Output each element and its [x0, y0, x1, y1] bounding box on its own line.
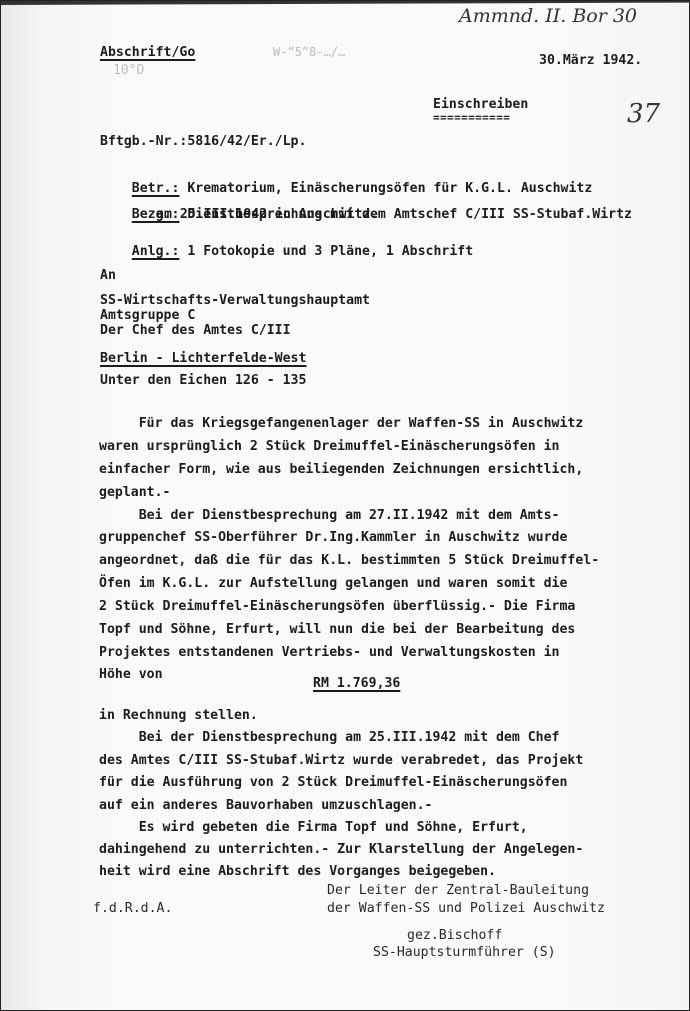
- document-page: Ammnd. II. Bor 30 37 Abschrift/Go W-“5”8…: [0, 0, 690, 1011]
- registered-mail-label: Einschreiben: [433, 97, 528, 112]
- body-p3-line-2: des Amtes C/III SS-Stubaf.Wirtz wurde ve…: [99, 749, 583, 772]
- body-p1-line-3: einfacher Form, wie aus beiliegenden Zei…: [99, 458, 583, 481]
- recipient-line-3: Der Chef des Amtes C/III: [100, 323, 291, 338]
- anlg-text: 1 Fotokopie und 3 Pläne, 1 Abschrift: [187, 244, 473, 259]
- anlg-label: Anlg.:: [132, 244, 180, 259]
- reference-number: Bftgb.-Nr.:5816/42/Er./Lp.: [100, 134, 306, 149]
- bezg-line-2: am 25.III.1942 in Auschwitz.: [156, 207, 378, 222]
- body-p2-line-4: Öfen im K.G.L. zur Aufstellung gelangen …: [99, 572, 567, 595]
- recipient-city: Berlin - Lichterfelde-West: [100, 351, 306, 366]
- signature-rank: SS-Hauptsturmführer (S): [373, 945, 556, 960]
- office-line-1: Der Leiter der Zentral-Bauleitung: [327, 883, 589, 898]
- handwritten-archive-reference: Ammnd. II. Bor 30: [459, 5, 637, 27]
- body-p3-line-1: Bei der Dienstbesprechung am 25.III.1942…: [99, 726, 560, 749]
- body-p2-line-1: Bei der Dienstbesprechung am 27.II.1942 …: [99, 504, 560, 527]
- recipient-to: An: [100, 268, 116, 283]
- signature-name: gez.Bischoff: [407, 928, 502, 943]
- registered-mail-underline: ===========: [433, 111, 510, 124]
- body-p2-line-7: Projektes entstandenen Vertriebs- und Ve…: [99, 641, 560, 664]
- invoice-amount: RM 1.769,36: [313, 676, 400, 691]
- recipient-line-2: Amtsgruppe C: [100, 308, 195, 323]
- body-p2-line-5: 2 Stück Dreimuffel-Einäscherungsöfen übe…: [99, 595, 575, 618]
- copy-label: Abschrift/Go: [100, 45, 195, 60]
- body-p1-line-1: Für das Kriegsgefangenenlager der Waffen…: [99, 412, 583, 435]
- body-p4-line-1: Es wird gebeten die Firma Topf und Söhne…: [99, 816, 528, 839]
- body-p1-line-4: geplant.-: [99, 481, 170, 504]
- office-line-2: der Waffen-SS und Polizei Auschwitz: [327, 901, 605, 916]
- faint-stamp: W-“5”8-…/…: [273, 45, 345, 59]
- body-p4-line-3: heit wird eine Abschrift des Vorganges b…: [99, 860, 496, 883]
- body-p1-line-2: waren ursprünglich 2 Stück Dreimuffel-Ei…: [99, 435, 560, 458]
- certification-mark: f.d.R.d.A.: [93, 901, 172, 916]
- body-p4-line-2: dahingehend zu unterrichten.- Zur Klarst…: [99, 838, 583, 861]
- body-p2-line-3: angeordnet, daß die für das K.L. bestimm…: [99, 549, 599, 572]
- after-amount-line: in Rechnung stellen.: [99, 704, 258, 727]
- handwritten-page-number: 37: [627, 99, 660, 129]
- subject-anlg: Anlg.: 1 Fotokopie und 3 Pläne, 1 Abschr…: [100, 229, 473, 274]
- faint-number: 10°D: [113, 63, 144, 78]
- recipient-line-1: SS-Wirtschafts-Verwaltungshauptamt: [100, 293, 370, 308]
- body-p3-line-4: auf ein anderes Bauvorhaben umzuschlagen…: [99, 794, 432, 817]
- body-p3-line-3: für die Ausführung von 2 Stück Dreimuffe…: [99, 771, 567, 794]
- recipient-street: Unter den Eichen 126 - 135: [100, 373, 306, 388]
- body-p2-line-2: gruppenchef SS-Oberführer Dr.Ing.Kammler…: [99, 526, 567, 549]
- letter-date: 30.März 1942.: [539, 53, 642, 68]
- body-p2-line-6: Topf und Söhne, Erfurt, will nun die bei…: [99, 618, 575, 641]
- body-p2-line-8: Höhe von: [99, 663, 163, 686]
